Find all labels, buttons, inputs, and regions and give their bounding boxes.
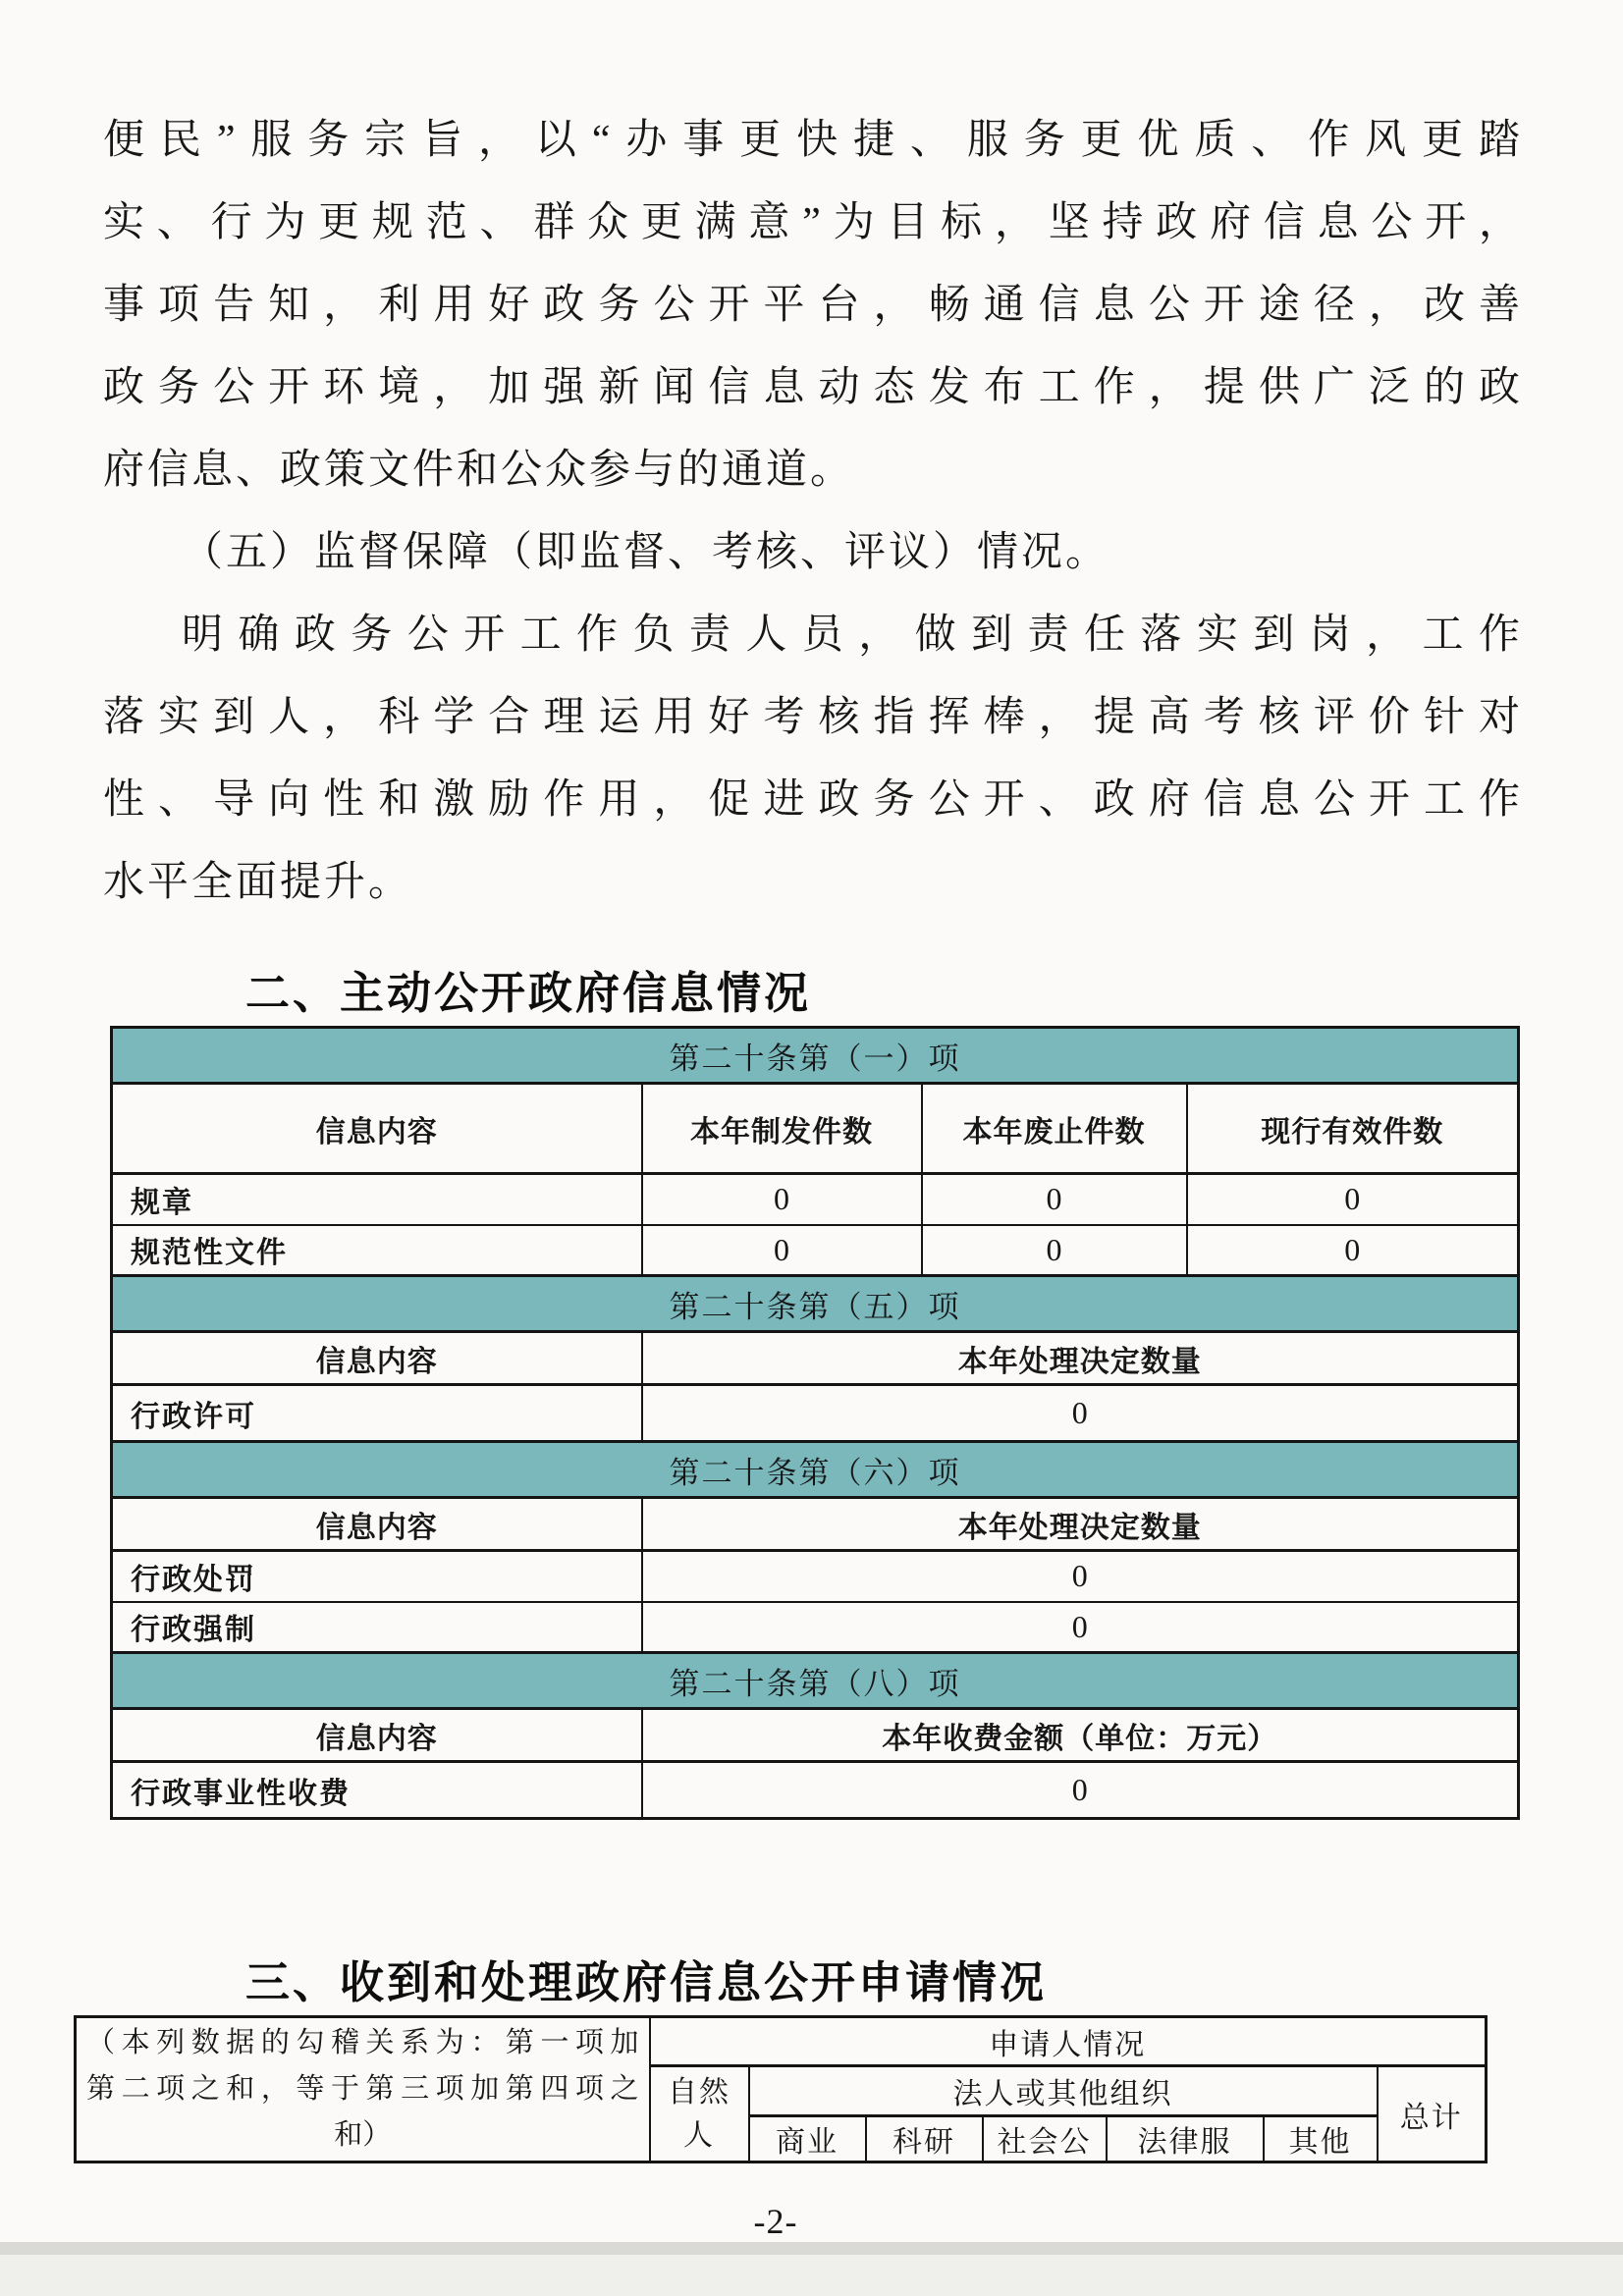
col-header-research: 科研: [866, 2116, 983, 2163]
col-header-other: 其他: [1264, 2116, 1378, 2163]
scan-background: [0, 2255, 1623, 2296]
table-row: （本列数据的勾稽关系为：第一项加 第二项之和，等于第三项加第四项之 和） 申请人…: [76, 2017, 1487, 2066]
note-line: （本列数据的勾稽关系为：第一项加: [86, 2020, 639, 2066]
value-cell: 0: [642, 1225, 922, 1276]
row-label-admin-coercion: 行政强制: [112, 1602, 642, 1653]
table-header-row: 信息内容 本年制发件数 本年废止件数 现行有效件数: [112, 1084, 1519, 1174]
value-cell: 0: [642, 1174, 922, 1225]
document-page: 便民”服务宗旨，以“办事更快捷、服务更优质、作风更踏 实、行为更规范、群众更满意…: [0, 0, 1623, 2296]
page-number: -2-: [0, 2201, 1551, 2242]
col-header-fees: 本年收费金额（单位：万元）: [642, 1709, 1519, 1762]
body-line: 落实到人，科学合理运用好考核指挥棒，提高考核评价针对: [103, 676, 1520, 759]
col-header-total: 总计: [1378, 2066, 1487, 2163]
note-line: 第二项之和，等于第三项加第四项之: [86, 2066, 639, 2112]
col-header-effective: 现行有效件数: [1187, 1084, 1519, 1174]
scan-edge-shadow: [0, 2242, 1623, 2255]
table-row: 规章 0 0 0: [112, 1174, 1519, 1225]
table-section-band: 第二十条第（五）项: [112, 1276, 1519, 1332]
table-row: 行政事业性收费 0: [112, 1762, 1519, 1819]
col-header-repealed: 本年废止件数: [922, 1084, 1187, 1174]
body-line: 性、导向性和激励作用，促进政务公开、政府信息公开工作: [103, 759, 1520, 841]
value-cell: 0: [922, 1225, 1187, 1276]
body-line: 府信息、政策文件和公众参与的通道。: [103, 429, 1520, 511]
value-cell: 0: [1187, 1174, 1519, 1225]
col-header-applicant-status: 申请人情况: [650, 2017, 1487, 2066]
body-line: 实、行为更规范、群众更满意”为目标，坚持政府信息公开，: [103, 182, 1520, 264]
value-cell: 0: [922, 1174, 1187, 1225]
col-header-legal-service: 法律服: [1107, 2116, 1264, 2163]
table-header-row: 信息内容 本年收费金额（单位：万元）: [112, 1709, 1519, 1762]
col-header-decisions: 本年处理决定数量: [642, 1332, 1519, 1385]
body-line: 政务公开环境，加强新闻信息动态发布工作，提供广泛的政: [103, 347, 1520, 429]
col-header-commercial: 商业: [749, 2116, 866, 2163]
col-header-info-content: 信息内容: [112, 1498, 642, 1551]
body-line: 水平全面提升。: [103, 841, 1520, 924]
reconciliation-note: （本列数据的勾稽关系为：第一项加 第二项之和，等于第三项加第四项之 和）: [76, 2017, 650, 2163]
col-header-issued: 本年制发件数: [642, 1084, 922, 1174]
requests-table: （本列数据的勾稽关系为：第一项加 第二项之和，等于第三项加第四项之 和） 申请人…: [74, 2015, 1488, 2163]
body-paragraphs: 便民”服务宗旨，以“办事更快捷、服务更优质、作风更踏 实、行为更规范、群众更满意…: [103, 99, 1520, 924]
band-article20-item8: 第二十条第（八）项: [112, 1653, 1519, 1709]
table-section-band: 第二十条第（六）项: [112, 1442, 1519, 1498]
col-header-info-content: 信息内容: [112, 1709, 642, 1762]
table-section-band: 第二十条第（八）项: [112, 1653, 1519, 1709]
row-label-admin-license: 行政许可: [112, 1385, 642, 1442]
value-cell: 0: [642, 1762, 1519, 1819]
col-header-decisions: 本年处理决定数量: [642, 1498, 1519, 1551]
table-row: 行政强制 0: [112, 1602, 1519, 1653]
value-cell: 0: [642, 1551, 1519, 1602]
band-article20-item6: 第二十条第（六）项: [112, 1442, 1519, 1498]
row-label-admin-penalty: 行政处罚: [112, 1551, 642, 1602]
table-header-row: 信息内容 本年处理决定数量: [112, 1498, 1519, 1551]
body-line: 事项告知，利用好政务公开平台，畅通信息公开途径，改善: [103, 264, 1520, 347]
value-cell: 0: [642, 1602, 1519, 1653]
col-header-info-content: 信息内容: [112, 1084, 642, 1174]
band-article20-item5: 第二十条第（五）项: [112, 1276, 1519, 1332]
row-label-admin-fees: 行政事业性收费: [112, 1762, 642, 1819]
table-header-row: 信息内容 本年处理决定数量: [112, 1332, 1519, 1385]
body-line: 明确政务公开工作负责人员，做到责任落实到岗，工作: [103, 594, 1520, 676]
col-header-info-content: 信息内容: [112, 1332, 642, 1385]
section-heading-proactive-disclosure: 二、主动公开政府信息情况: [103, 957, 1623, 1021]
table-row: 规范性文件 0 0 0: [112, 1225, 1519, 1276]
value-cell: 0: [642, 1385, 1519, 1442]
table-section-band: 第二十条第（一）项: [112, 1028, 1519, 1084]
section-heading-requests: 三、收到和处理政府信息公开申请情况: [103, 1947, 1623, 2010]
body-line: （五）监督保障（即监督、考核、评议）情况。: [103, 511, 1520, 594]
value-cell: 0: [1187, 1225, 1519, 1276]
col-header-legal-org: 法人或其他组织: [749, 2066, 1378, 2116]
note-line: 和）: [86, 2112, 639, 2159]
row-label-normative-docs: 规范性文件: [112, 1225, 642, 1276]
col-header-social-public: 社会公: [983, 2116, 1107, 2163]
table-row: 行政处罚 0: [112, 1551, 1519, 1602]
col-header-natural-person: 自然人: [650, 2066, 749, 2163]
body-line: 便民”服务宗旨，以“办事更快捷、服务更优质、作风更踏: [103, 99, 1520, 182]
table-row: 行政许可 0: [112, 1385, 1519, 1442]
proactive-disclosure-table: 第二十条第（一）项 信息内容 本年制发件数 本年废止件数 现行有效件数 规章 0…: [110, 1026, 1520, 1820]
band-article20-item1: 第二十条第（一）项: [112, 1028, 1519, 1084]
row-label-rules: 规章: [112, 1174, 642, 1225]
